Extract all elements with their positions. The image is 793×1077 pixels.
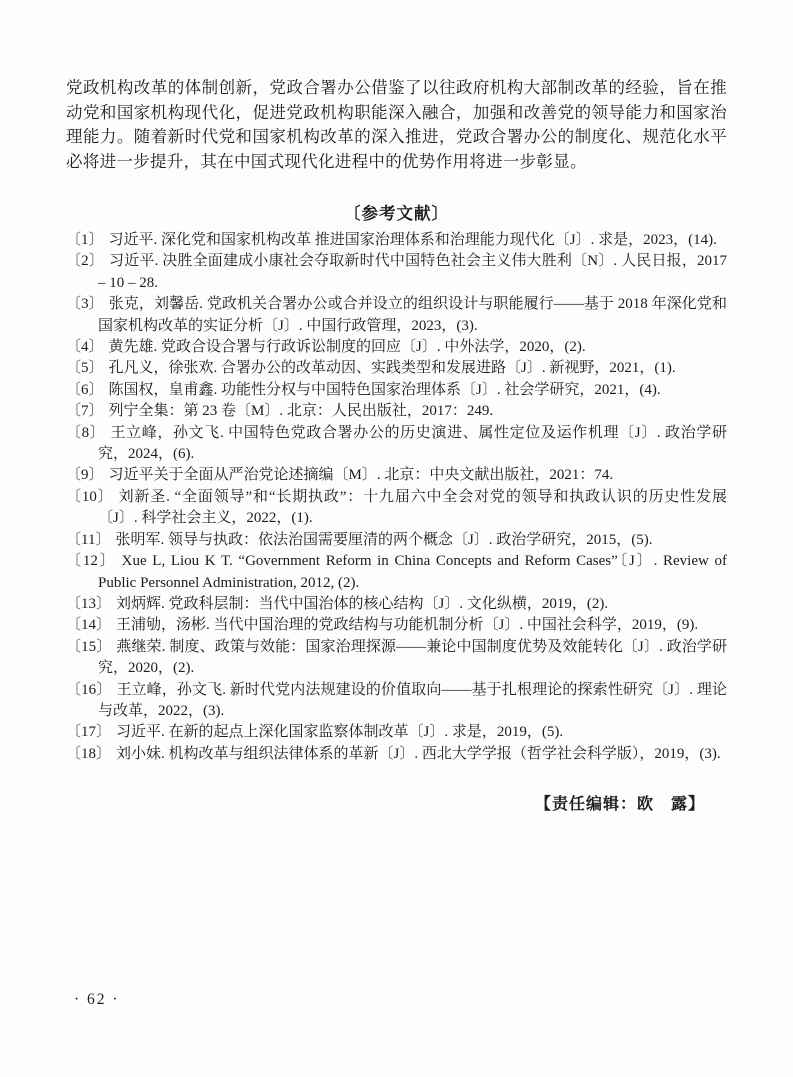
reference-item: 〔10〕刘新圣. “全面领导”和“长期执政”：十九届六中全会对党的领导和执政认识… (66, 487, 727, 530)
reference-item: 〔12〕Xue L, Liou K T. “Government Reform … (66, 551, 727, 594)
reference-item: 〔13〕刘炳辉. 党政科层制：当代中国治体的核心结构〔J〕. 文化纵横，2019… (66, 594, 727, 615)
reference-label: 〔1〕 (66, 232, 104, 248)
reference-text: 刘小妹. 机构改革与组织法律体系的革新〔J〕. 西北大学学报（哲学社会科学版），… (116, 746, 721, 762)
reference-label: 〔12〕 (66, 553, 117, 569)
reference-text: 王立峰，孙文飞. 新时代党内法规建设的价值取向——基于扎根理论的探索性研究〔J〕… (98, 682, 727, 719)
reference-text: 列宁全集：第 23 卷〔M〕. 北京：人民出版社，2017：249. (109, 403, 494, 419)
reference-item: 〔18〕刘小妹. 机构改革与组织法律体系的革新〔J〕. 西北大学学报（哲学社会科… (66, 744, 727, 765)
page-content: 党政机构改革的体制创新，党政合署办公借鉴了以往政府机构大部制改革的经验，旨在推动… (66, 76, 727, 814)
reference-text: 张克，刘馨岳. 党政机关合署办公或合并设立的组织设计与职能履行——基于 2018… (98, 296, 727, 333)
page-number: · 62 · (74, 991, 120, 1009)
reference-item: 〔4〕黄先雄. 党政合设合署与行政诉讼制度的回应〔J〕. 中外法学，2020，(… (66, 337, 727, 358)
reference-text: 王浦劬，汤彬. 当代中国治理的党政结构与功能机制分析〔J〕. 中国社会科学，20… (116, 617, 698, 633)
reference-text: Xue L, Liou K T. “Government Reform in C… (98, 553, 727, 590)
reference-label: 〔5〕 (66, 360, 104, 376)
reference-label: 〔10〕 (66, 489, 114, 505)
reference-label: 〔8〕 (66, 425, 105, 441)
reference-label: 〔17〕 (66, 724, 111, 740)
reference-item: 〔3〕张克，刘馨岳. 党政机关合署办公或合并设立的组织设计与职能履行——基于 2… (66, 294, 727, 337)
reference-label: 〔14〕 (66, 617, 111, 633)
reference-item: 〔15〕燕继荣. 制度、政策与效能：国家治理探源——兼论中国制度优势及效能转化〔… (66, 637, 727, 680)
reference-label: 〔2〕 (66, 253, 104, 269)
reference-text: 王立峰，孙文飞. 中国特色党政合署办公的历史演进、属性定位及运作机理〔J〕. 政… (98, 425, 727, 462)
reference-text: 黄先雄. 党政合设合署与行政诉讼制度的回应〔J〕. 中外法学，2020，(2). (109, 339, 586, 355)
reference-text: 张明军. 领导与执政：依法治国需要厘清的两个概念〔J〕. 政治学研究，2015，… (115, 532, 652, 548)
reference-label: 〔4〕 (66, 339, 104, 355)
reference-label: 〔11〕 (66, 532, 110, 548)
paper-page: 党政机构改革的体制创新，党政合署办公借鉴了以往政府机构大部制改革的经验，旨在推动… (0, 0, 793, 1077)
reference-item: 〔14〕王浦劬，汤彬. 当代中国治理的党政结构与功能机制分析〔J〕. 中国社会科… (66, 615, 727, 636)
reference-text: 习近平. 决胜全面建成小康社会夺取新时代中国特色社会主义伟大胜利〔N〕. 人民日… (98, 253, 727, 290)
reference-item: 〔16〕王立峰，孙文飞. 新时代党内法规建设的价值取向——基于扎根理论的探索性研… (66, 680, 727, 723)
reference-text: 习近平. 深化党和国家机构改革 推进国家治理体系和治理能力现代化〔J〕. 求是，… (109, 232, 717, 248)
reference-item: 〔5〕孔凡义，徐张欢. 合署办公的改革动因、实践类型和发展进路〔J〕. 新视野，… (66, 358, 727, 379)
body-paragraph: 党政机构改革的体制创新，党政合署办公借鉴了以往政府机构大部制改革的经验，旨在推动… (66, 76, 727, 174)
reference-text: 刘新圣. “全面领导”和“长期执政”：十九届六中全会对党的领导和执政认识的历史性… (98, 489, 727, 526)
reference-text: 习近平. 在新的起点上深化国家监察体制改革〔J〕. 求是，2019，(5). (116, 724, 563, 740)
reference-label: 〔16〕 (66, 682, 111, 698)
reference-item: 〔7〕列宁全集：第 23 卷〔M〕. 北京：人民出版社，2017：249. (66, 401, 727, 422)
reference-item: 〔8〕王立峰，孙文飞. 中国特色党政合署办公的历史演进、属性定位及运作机理〔J〕… (66, 423, 727, 466)
reference-label: 〔9〕 (66, 467, 104, 483)
editor-note: 【责任编辑：欧 露】 (66, 791, 727, 814)
reference-label: 〔15〕 (66, 639, 111, 655)
reference-item: 〔6〕陈国权，皇甫鑫. 功能性分权与中国特色国家治理体系〔J〕. 社会学研究，2… (66, 380, 727, 401)
reference-text: 习近平关于全面从严治党论述摘编〔M〕. 北京：中央文献出版社，2021：74. (109, 467, 614, 483)
reference-label: 〔18〕 (66, 746, 111, 762)
reference-label: 〔6〕 (66, 382, 104, 398)
reference-text: 孔凡义，徐张欢. 合署办公的改革动因、实践类型和发展进路〔J〕. 新视野，202… (109, 360, 676, 376)
reference-label: 〔13〕 (66, 596, 111, 612)
reference-list: 〔1〕习近平. 深化党和国家机构改革 推进国家治理体系和治理能力现代化〔J〕. … (66, 230, 727, 765)
reference-text: 燕继荣. 制度、政策与效能：国家治理探源——兼论中国制度优势及效能转化〔J〕. … (98, 639, 727, 676)
reference-item: 〔17〕习近平. 在新的起点上深化国家监察体制改革〔J〕. 求是，2019，(5… (66, 722, 727, 743)
reference-item: 〔2〕习近平. 决胜全面建成小康社会夺取新时代中国特色社会主义伟大胜利〔N〕. … (66, 251, 727, 294)
references-heading: 〔参考文献〕 (66, 200, 727, 224)
reference-label: 〔7〕 (66, 403, 104, 419)
reference-text: 刘炳辉. 党政科层制：当代中国治体的核心结构〔J〕. 文化纵横，2019，(2)… (116, 596, 608, 612)
reference-item: 〔9〕习近平关于全面从严治党论述摘编〔M〕. 北京：中央文献出版社，2021：7… (66, 465, 727, 486)
reference-item: 〔1〕习近平. 深化党和国家机构改革 推进国家治理体系和治理能力现代化〔J〕. … (66, 230, 727, 251)
reference-label: 〔3〕 (66, 296, 104, 312)
reference-text: 陈国权，皇甫鑫. 功能性分权与中国特色国家治理体系〔J〕. 社会学研究，2021… (109, 382, 661, 398)
reference-item: 〔11〕张明军. 领导与执政：依法治国需要厘清的两个概念〔J〕. 政治学研究，2… (66, 530, 727, 551)
